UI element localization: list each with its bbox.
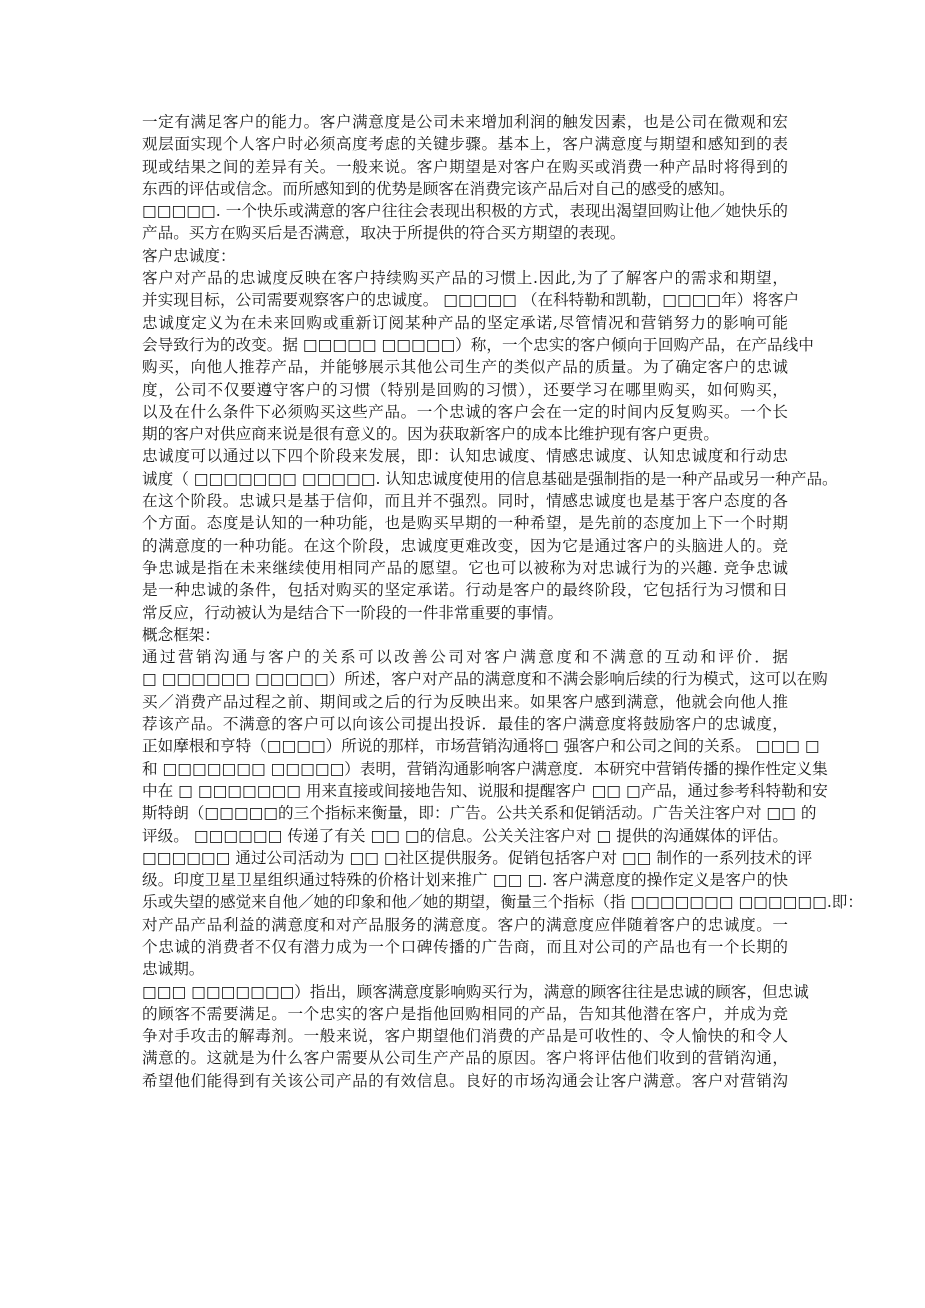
text-line: 评级。 □□□□□□ 传递了有关 □□ □的信息。公关关注客户对 □ 提供的沟通…	[142, 825, 788, 847]
text-line: 会导致行为的改变。据 □□□□□ □□□□□）称，一个忠实的客户倾向于回购产品，…	[142, 334, 788, 356]
text-line: 个方面。态度是认知的一种功能，也是购买早期的一种希望，是先前的态度加上下一个时期	[142, 512, 788, 534]
heading-customer-loyalty: 客户忠诚度：	[142, 245, 788, 267]
text-line: 以及在什么条件下必须购买这些产品。一个忠诚的客户会在一定的时间内反复购买。一个长	[142, 401, 788, 423]
text-line: 忠诚度可以通过以下四个阶段来发展，即：认知忠诚度、情感忠诚度、认知忠诚度和行动忠	[142, 445, 788, 467]
heading-conceptual-framework: 概念框架：	[142, 624, 788, 646]
paragraph-satisfaction-intro: 一定有满足客户的能力。客户满意度是公司未来增加利润的触发因素，也是公司在微观和宏…	[142, 111, 788, 245]
text-line: 斯特朗（□□□□□的三个指标来衡量，即：广告。公共关系和促销活动。广告关注客户对…	[142, 802, 788, 824]
text-line: 度，公司不仅要遵守客户的习惯（特别是回购的习惯），还要学习在哪里购买，如何购买，	[142, 379, 788, 401]
text-line: 荐该产品。不满意的客户可以向该公司提出投诉．最佳的客户满意度将鼓励客户的忠诚度，	[142, 713, 788, 735]
text-line: 个忠诚的消费者不仅有潜力成为一个口碑传播的广告商，而且对公司的产品也有一个长期的	[142, 936, 788, 958]
paragraph-framework: 通过营销沟通与客户的关系可以改善公司对客户满意度和不满意的互动和评价．据 □ □…	[142, 646, 788, 980]
text-line: 级。印度卫星卫星组织通过特殊的价格计划来推广 □□ □. 客户满意度的操作定义是…	[142, 869, 788, 891]
text-line: 正如摩根和亨特（□□□□）所说的那样，市场营销沟通将□ 强客户和公司之间的关系。…	[142, 735, 788, 757]
paragraph-loyalty-stages: 忠诚度可以通过以下四个阶段来发展，即：认知忠诚度、情感忠诚度、认知忠诚度和行动忠…	[142, 445, 788, 623]
text-line: □□□□□. 一个快乐或满意的客户往往会表现出积极的方式，表现出渴望回购让他／她…	[142, 200, 788, 222]
text-line: 常反应，行动被认为是结合下一阶段的一件非常重要的事情。	[142, 602, 788, 624]
text-line: 通过营销沟通与客户的关系可以改善公司对客户满意度和不满意的互动和评价．据	[142, 646, 788, 668]
text-line: 诚度（ □□□□□□□ □□□□□. 认知忠诚度使用的信息基础是强制指的是一种产…	[142, 468, 788, 490]
text-line: 东西的评估或信念。而所感知到的优势是顾客在消费完该产品后对自己的感受的感知。	[142, 178, 788, 200]
text-line: 对产品产品利益的满意度和对产品服务的满意度。客户的满意度应伴随着客户的忠诚度。一	[142, 914, 788, 936]
text-line: 并实现目标，公司需要观察客户的忠诚度。 □□□□□ （在科特勒和凯勒，□□□□年…	[142, 289, 788, 311]
section-heading: 客户忠诚度：	[142, 245, 788, 267]
paragraph-satisfaction-behavior: □□□ □□□□□□□）指出，顾客满意度影响购买行为，满意的顾客往往是忠诚的顾客…	[142, 981, 788, 1092]
text-line: 客户对产品的忠诚度反映在客户持续购买产品的习惯上.因此,为了了解客户的需求和期望…	[142, 267, 788, 289]
section-heading: 概念框架：	[142, 624, 788, 646]
text-line: 购买，向他人推荐产品，并能够展示其他公司生产的类似产品的质量。为了确定客户的忠诚	[142, 356, 788, 378]
text-line: 争忠诚是指在未来继续使用相同产品的愿望。它也可以被称为对忠诚行为的兴趣. 竞争忠…	[142, 557, 788, 579]
text-line: 和 □□□□□□□ □□□□□）表明，营销沟通影响客户满意度．本研究中营销传播的…	[142, 758, 788, 780]
text-line: 在这个阶段。忠诚只是基于信仰，而且并不强烈。同时，情感忠诚度也是基于客户态度的各	[142, 490, 788, 512]
text-line: 产品。买方在购买后是否满意，取决于所提供的符合买方期望的表现。	[142, 222, 788, 244]
text-line: 乐或失望的感觉来自他／她的印象和他／她的期望，衡量三个指标（指 □□□□□□□ …	[142, 891, 788, 913]
text-line: 满意的。这就是为什么客户需要从公司生产产品的原因。客户将评估他们收到的营销沟通，	[142, 1047, 788, 1069]
text-line: 观层面实现个人客户时必须高度考虑的关键步骤。基本上，客户满意度与期望和感知到的表	[142, 133, 788, 155]
text-line: 的顾客不需要满足。一个忠实的客户是指他回购相同的产品，告知其他潜在客户，并成为竞	[142, 1003, 788, 1025]
text-line: 是一种忠诚的条件，包括对购买的坚定承诺。行动是客户的最终阶段，它包括行为习惯和日	[142, 579, 788, 601]
text-line: 的满意度的一种功能。在这个阶段，忠诚度更难改变，因为它是通过客户的头脑进人的。竞	[142, 535, 788, 557]
text-line: 忠诚度定义为在未来回购或重新订阅某种产品的坚定承诺,尽管情况和营销努力的影响可能	[142, 312, 788, 334]
paragraph-loyalty-definition: 客户对产品的忠诚度反映在客户持续购买产品的习惯上.因此,为了了解客户的需求和期望…	[142, 267, 788, 445]
document-page: 一定有满足客户的能力。客户满意度是公司未来增加利润的触发因素，也是公司在微观和宏…	[142, 111, 788, 1092]
text-line: □□□□□□ 通过公司活动为 □□ □社区提供服务。促销包括客户对 □□ 制作的…	[142, 847, 788, 869]
text-line: 争对手攻击的解毒剂。一般来说，客户期望他们消费的产品是可收性的、令人愉快的和令人	[142, 1025, 788, 1047]
text-line: 一定有满足客户的能力。客户满意度是公司未来增加利润的触发因素，也是公司在微观和宏	[142, 111, 788, 133]
text-line: □□□ □□□□□□□）指出，顾客满意度影响购买行为，满意的顾客往往是忠诚的顾客…	[142, 981, 788, 1003]
text-line: 现或结果之间的差异有关。一般来说。客户期望是对客户在购买或消费一种产品时将得到的	[142, 156, 788, 178]
text-line: 希望他们能得到有关该公司产品的有效信息。良好的市场沟通会让客户满意。客户对营销沟	[142, 1070, 788, 1092]
text-line: 买／消费产品过程之前、期间或之后的行为反映出来。如果客户感到满意，他就会向他人推	[142, 691, 788, 713]
text-line: □ □□□□□□ □□□□□）所述，客户对产品的满意度和不满会影响后续的行为模式…	[142, 668, 788, 690]
text-line: 期的客户对供应商来说是很有意义的。因为获取新客户的成本比维护现有客户更贵。	[142, 423, 788, 445]
text-line: 忠诚期。	[142, 958, 788, 980]
text-line: 中在 □ □□□□□□□ 用来直接或间接地告知、说服和提醒客户 □□ □产品，通…	[142, 780, 788, 802]
